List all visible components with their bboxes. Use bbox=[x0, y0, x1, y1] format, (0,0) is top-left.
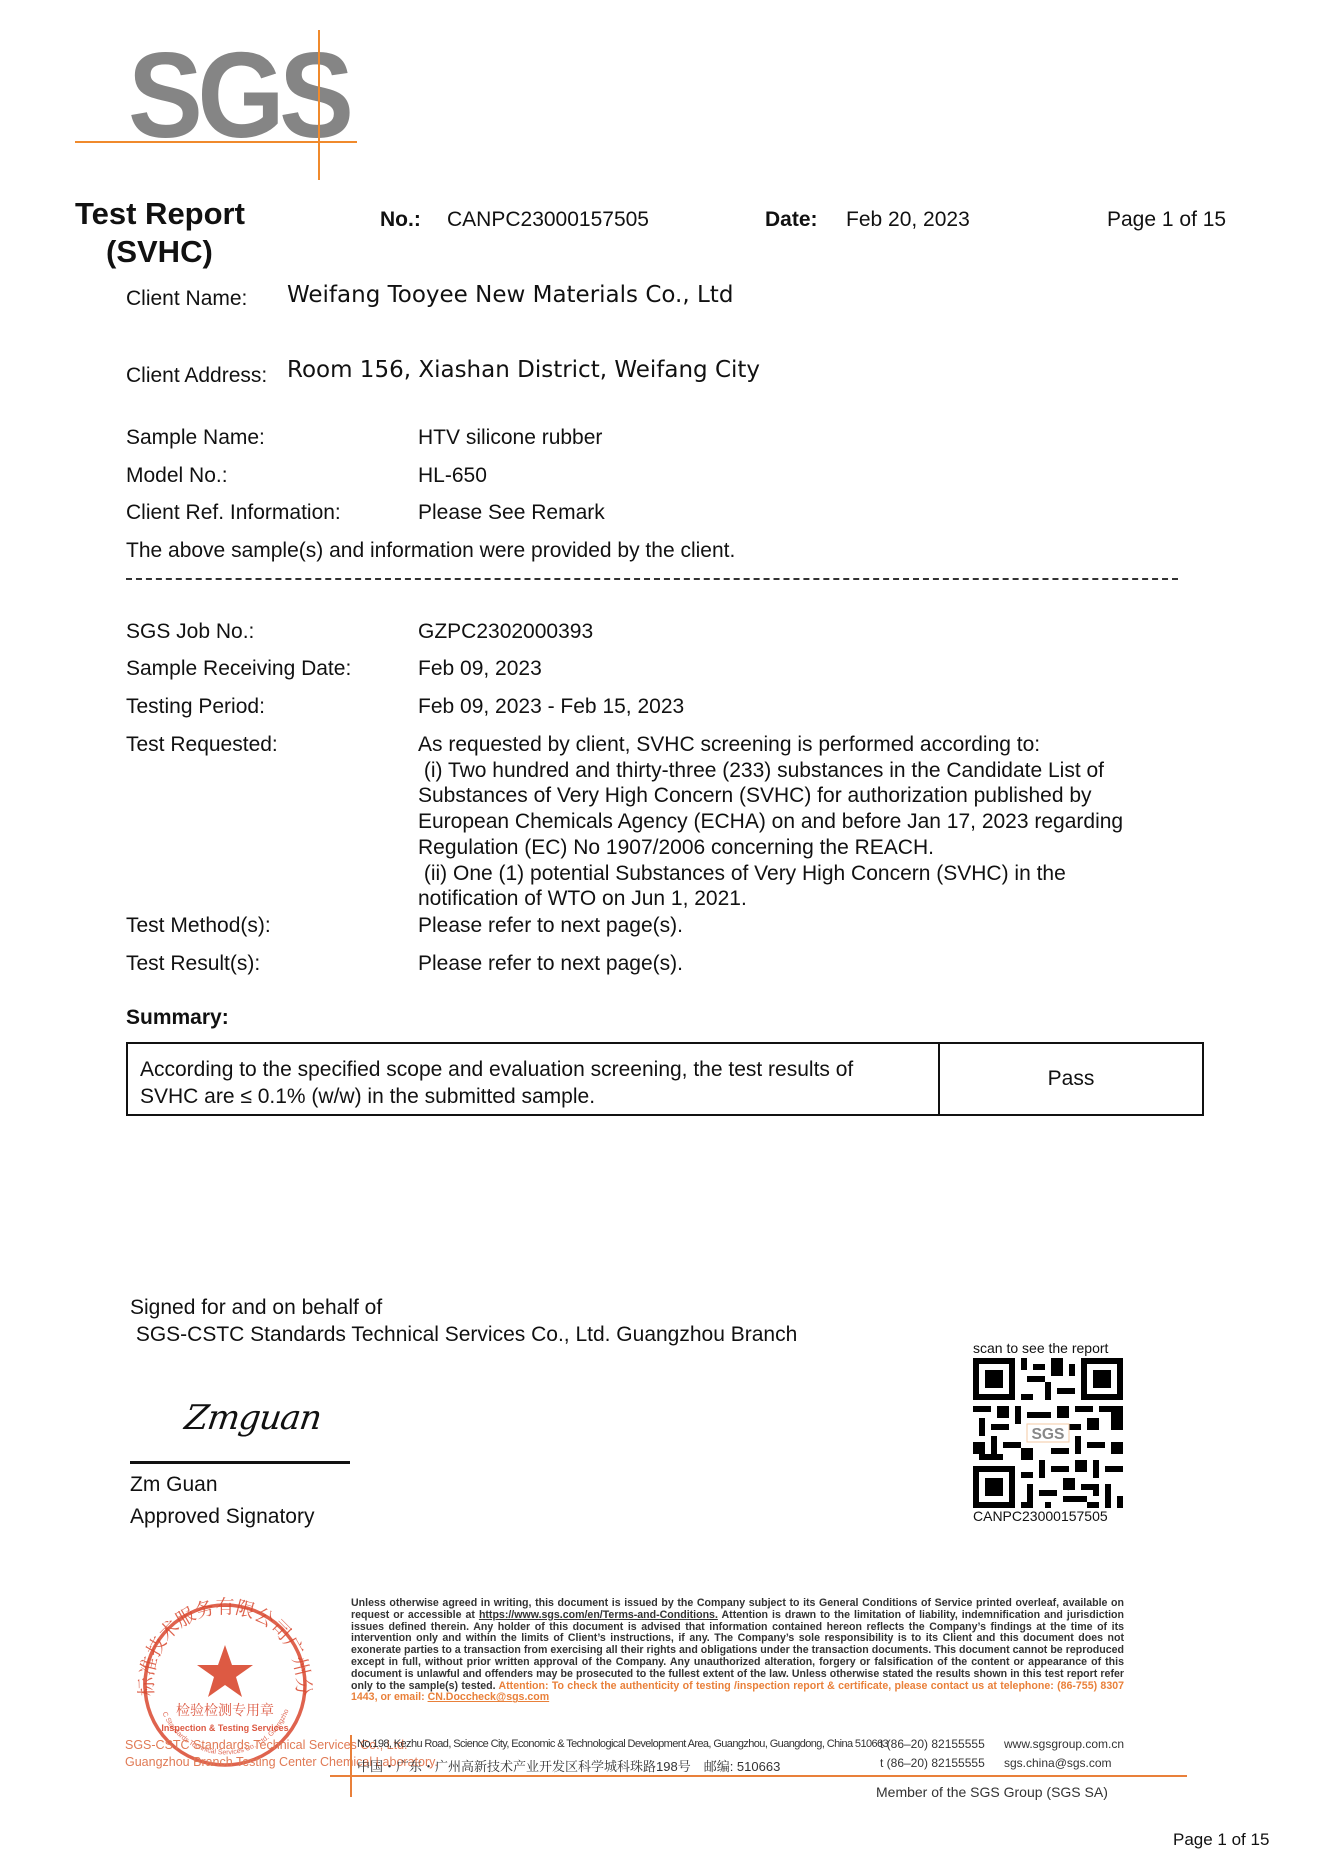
stamp-center-cn: 检验检测专用章 bbox=[176, 1702, 274, 1719]
receiving-date-label: Sample Receiving Date: bbox=[126, 657, 351, 681]
test-requested-line: Substances of Very High Concern (SVHC) f… bbox=[418, 783, 1218, 809]
test-requested-label: Test Requested: bbox=[126, 733, 278, 757]
website-link[interactable]: www.sgsgroup.com.cn bbox=[1004, 1737, 1124, 1751]
email-link[interactable]: sgs.china@sgs.com bbox=[1004, 1756, 1112, 1770]
testing-period-value: Feb 09, 2023 - Feb 15, 2023 bbox=[418, 695, 684, 719]
logo-vertical-rule bbox=[318, 30, 320, 180]
receiving-date-value: Feb 09, 2023 bbox=[418, 657, 542, 681]
test-method-value: Please refer to next page(s). bbox=[418, 914, 683, 938]
model-no-label: Model No.: bbox=[126, 464, 228, 488]
sample-name-value: HTV silicone rubber bbox=[418, 426, 602, 450]
test-method-label: Test Method(s): bbox=[126, 914, 271, 938]
legal-disclaimer: Unless otherwise agreed in writing, this… bbox=[351, 1598, 1124, 1704]
dashed-separator bbox=[126, 578, 1178, 580]
sample-note: The above sample(s) and information were… bbox=[126, 539, 735, 563]
client-ref-value: Please See Remark bbox=[418, 501, 605, 525]
qr-code-icon[interactable]: SGS bbox=[973, 1358, 1123, 1508]
page-number-footer: Page 1 of 15 bbox=[1173, 1830, 1269, 1850]
summary-table: According to the specified scope and eva… bbox=[126, 1042, 1204, 1116]
test-requested-line: notification of WTO on Jun 1, 2021. bbox=[418, 886, 1218, 912]
summary-line: SVHC are ≤ 0.1% (w/w) in the submitted s… bbox=[140, 1083, 853, 1110]
member-statement: Member of the SGS Group (SGS SA) bbox=[876, 1784, 1108, 1800]
signatory-name: Zm Guan bbox=[130, 1473, 218, 1497]
doccheck-email-link[interactable]: CN.Doccheck@sgs.com bbox=[428, 1691, 550, 1703]
test-requested-line: (ii) One (1) potential Substances of Ver… bbox=[418, 861, 1218, 887]
report-no-label: No.: bbox=[380, 208, 421, 232]
date-value: Feb 20, 2023 bbox=[846, 208, 970, 232]
client-address-label: Client Address: bbox=[126, 364, 267, 388]
date-label: Date: bbox=[765, 208, 818, 232]
handwritten-signature: Zmguan bbox=[182, 1398, 323, 1438]
test-requested-line: European Chemicals Agency (ECHA) on and … bbox=[418, 809, 1218, 835]
client-name-label: Client Name: bbox=[126, 287, 247, 311]
summary-result: Pass bbox=[940, 1044, 1202, 1114]
job-no-value: GZPC2302000393 bbox=[418, 620, 593, 644]
signatory-title: Approved Signatory bbox=[130, 1505, 314, 1529]
test-requested-text: As requested by client, SVHC screening i… bbox=[418, 732, 1218, 912]
address-chinese: 中国・广东・广州高新技术产业开发区科学城科珠路198号 邮编: 510663 bbox=[357, 1756, 780, 1775]
testing-period-label: Testing Period: bbox=[126, 695, 265, 719]
summary-line: According to the specified scope and eva… bbox=[140, 1056, 853, 1083]
signing-company: SGS-CSTC Standards Technical Services Co… bbox=[130, 1323, 797, 1347]
report-subtitle: (SVHC) bbox=[106, 234, 213, 270]
logo-horizontal-rule bbox=[75, 141, 357, 143]
sample-name-label: Sample Name: bbox=[126, 426, 265, 450]
page-number-header: Page 1 of 15 bbox=[1107, 208, 1226, 232]
report-title: Test Report bbox=[75, 196, 245, 232]
test-result-value: Please refer to next page(s). bbox=[418, 952, 683, 976]
qr-caption: scan to see the report bbox=[973, 1340, 1108, 1356]
job-no-label: SGS Job No.: bbox=[126, 620, 254, 644]
qr-report-id: CANPC23000157505 bbox=[973, 1508, 1108, 1524]
report-no-value: CANPC23000157505 bbox=[447, 208, 649, 232]
qr-center-label: SGS bbox=[1032, 1426, 1065, 1443]
test-result-label: Test Result(s): bbox=[126, 952, 260, 976]
model-no-value: HL-650 bbox=[418, 464, 487, 488]
client-address-value: Room 156, Xiashan District, Weifang City bbox=[287, 357, 760, 383]
client-ref-label: Client Ref. Information: bbox=[126, 501, 341, 525]
signature-line bbox=[130, 1461, 350, 1464]
footer-horizontal-rule bbox=[330, 1775, 1187, 1777]
terms-link[interactable]: https://www.sgs.com/en/Terms-and-Conditi… bbox=[479, 1609, 718, 1621]
test-requested-line: Regulation (EC) No 1907/2006 concerning … bbox=[418, 835, 1218, 861]
summary-description: According to the specified scope and eva… bbox=[140, 1056, 853, 1110]
telephone-2: t (86–20) 82155555 bbox=[880, 1756, 985, 1770]
client-name-value: Weifang Tooyee New Materials Co., Ltd bbox=[287, 282, 733, 308]
test-requested-line: As requested by client, SVHC screening i… bbox=[418, 732, 1218, 758]
telephone-1: t (86–20) 82155555 bbox=[880, 1737, 985, 1751]
signed-behalf-label: Signed for and on behalf of bbox=[130, 1296, 382, 1320]
sgs-logo: SGS bbox=[128, 34, 348, 156]
footer-vertical-rule bbox=[350, 1735, 352, 1797]
address-english: No.198, Kezhu Road, Science City, Econom… bbox=[357, 1738, 888, 1750]
test-requested-line: (i) Two hundred and thirty-three (233) s… bbox=[418, 758, 1218, 784]
summary-title: Summary: bbox=[126, 1006, 229, 1030]
